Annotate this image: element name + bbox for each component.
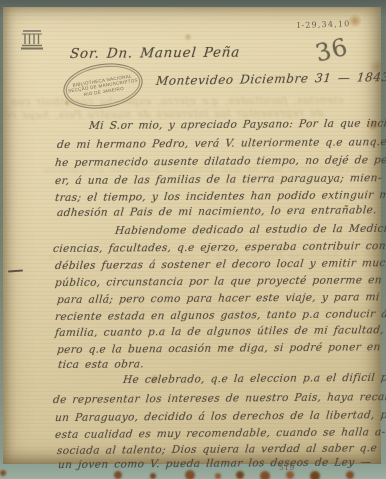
letter-line: familia, cuanto p.a la de algunos útiles…	[54, 324, 386, 339]
folio-number: 519	[279, 463, 295, 472]
recipient-line: Sor. Dn. Manuel Peña	[69, 45, 241, 62]
letter-line: de representar los intereses de nuestro …	[52, 391, 386, 406]
letter-line: de mi hermano Pedro, verá V. ulteriormen…	[56, 136, 386, 151]
letter-line: adhesión al Pais de mi nacimiento, lo er…	[56, 204, 377, 219]
letter-line: He celebrado, q.e la eleccion p.a el dif…	[122, 371, 386, 386]
letter-line: un Paraguayo, decidido á los derechos de…	[54, 409, 386, 424]
letter-line: pero q.e la buena ocasión me diga, si po…	[56, 341, 386, 356]
archive-code: I-29,34,10	[297, 19, 351, 30]
letter-line: reciente estada en algunos gastos, tanto…	[54, 308, 386, 323]
letter-line: Habiendome dedicado al estudio de la Med…	[114, 222, 386, 237]
letter-line: público, circunstancia por la que proyec…	[54, 274, 386, 289]
letter-line: er, á una de las familias de la tierra p…	[54, 172, 382, 187]
letter-line: tras; el tiempo, y los incidentes han po…	[54, 189, 386, 204]
dateline: Montevideo Diciembre 31 — 1843.	[155, 70, 386, 88]
showthrough-text: ciencias, facultades, q.e ejerzo, espera…	[123, 94, 343, 108]
manuscript-page: I-29,34,10 36 Sor. Dn. Manuel Peña BIBLI…	[3, 7, 381, 464]
letter-line: Mi S.or mio, y apreciado Paysano: Por la…	[88, 117, 386, 132]
library-building-icon	[20, 26, 44, 51]
letter-line: sociada al talento; Dios quiera la verda…	[56, 442, 377, 457]
margin-dash-mark	[8, 269, 23, 272]
letter-line: esta cualidad es muy recomendable, cuand…	[54, 426, 386, 441]
corner-page-number: 36	[313, 33, 351, 68]
letter-line: débiles fuerzas á sostener el decoro loc…	[54, 257, 386, 272]
letter-line: tica esta obra.	[57, 358, 144, 371]
paper-edge-spots	[0, 470, 6, 476]
